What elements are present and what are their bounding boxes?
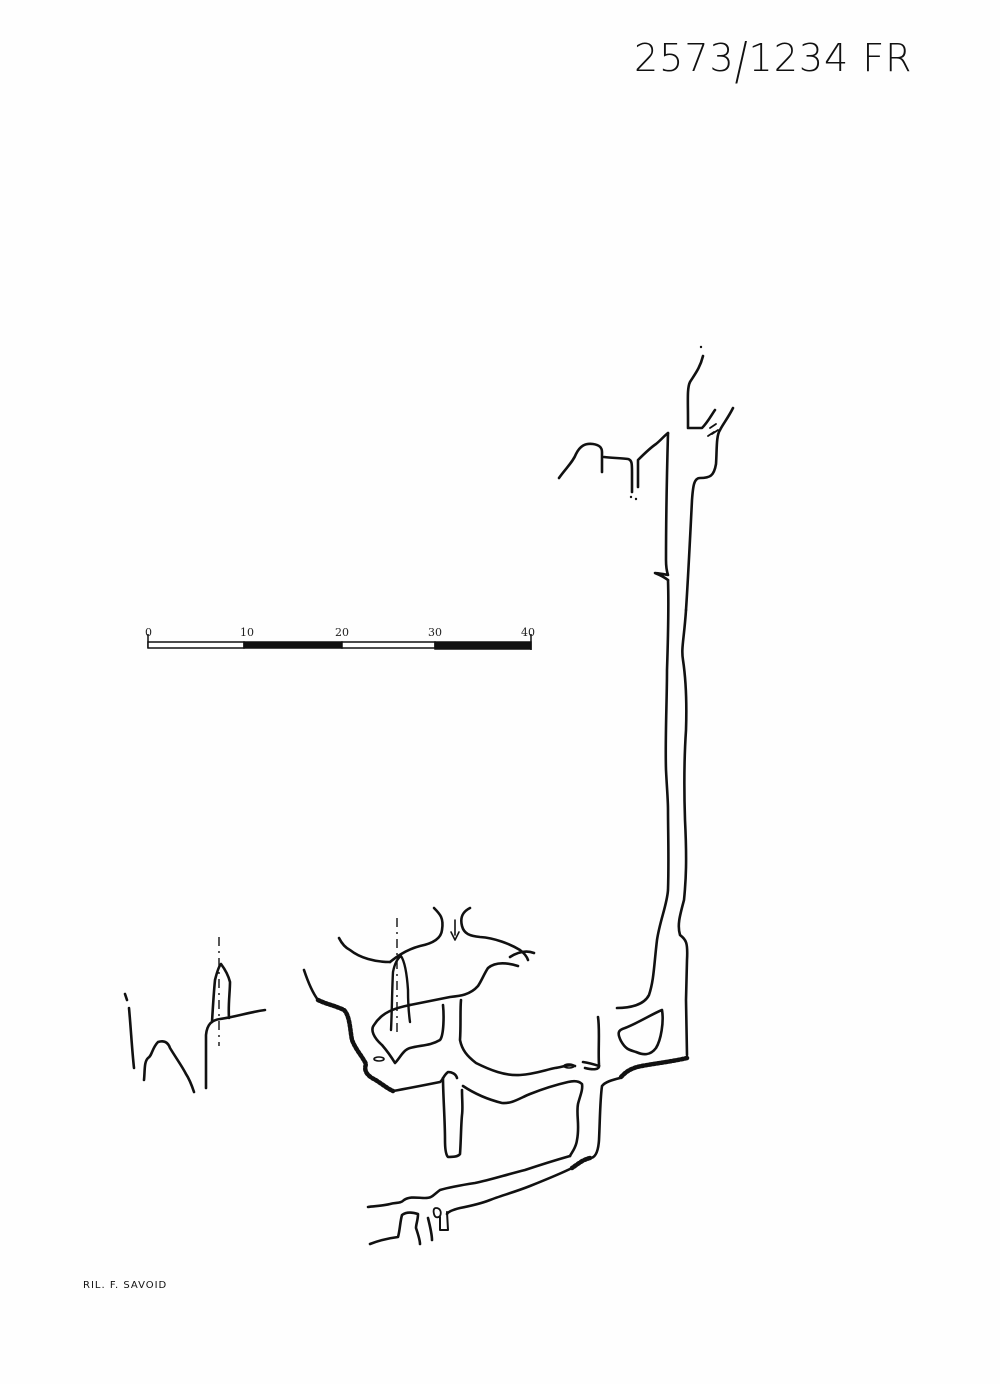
lower-chambers [339,908,687,1158]
survey-sheet: 2573/1234 FR 0 10 20 30 40 RIL. F. SAVOI… [0,0,1000,1384]
inclined-gallery [368,1156,590,1244]
upper-side-passage [559,433,668,500]
scale-bar-graphic [148,634,531,650]
left-isolated-section [125,964,265,1092]
plumb-axis-lines [219,918,410,1046]
main-vertical-pit [617,433,687,1055]
cave-survey-drawing [0,0,1000,1384]
entrance-shaft [686,346,733,610]
